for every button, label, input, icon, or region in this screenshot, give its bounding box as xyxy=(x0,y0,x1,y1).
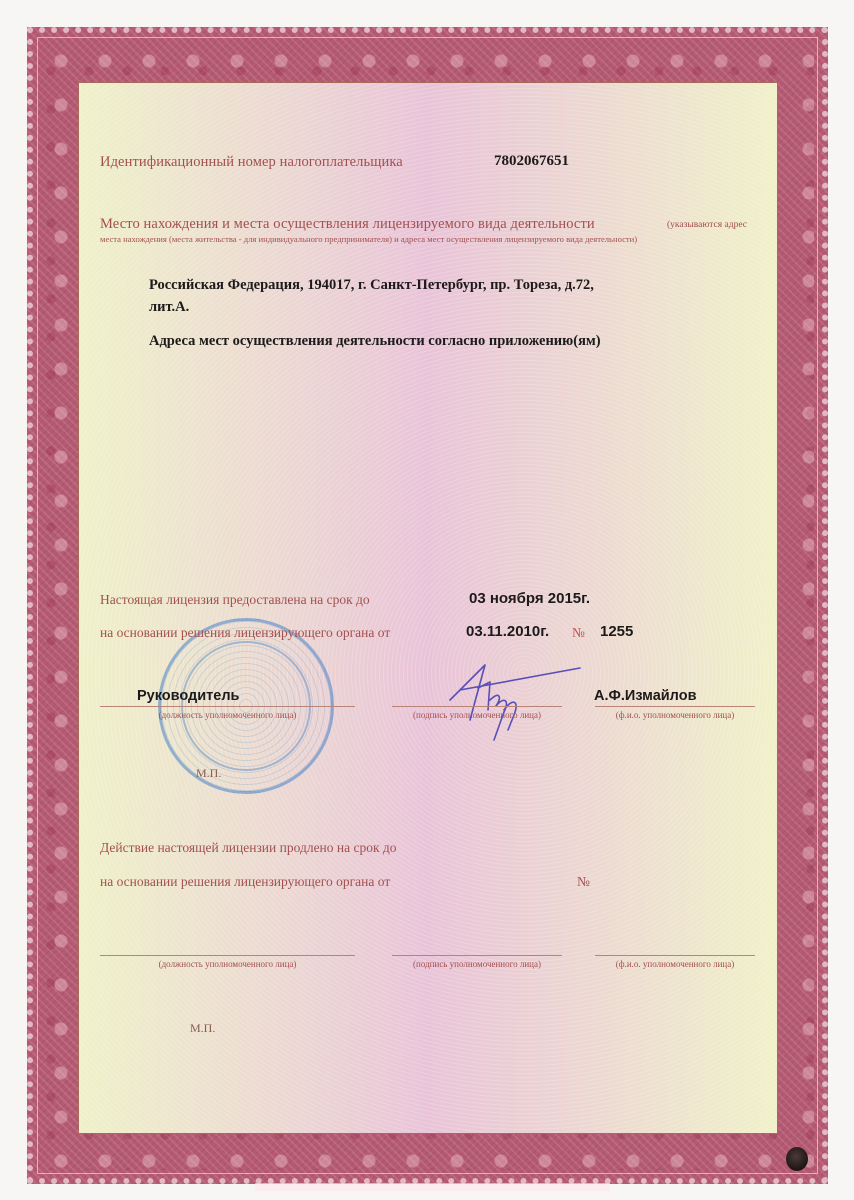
signature-line xyxy=(392,706,562,707)
position-caption: (должность уполномоченного лица) xyxy=(100,710,355,720)
extension-name-line xyxy=(595,955,755,956)
extension-position-line xyxy=(100,955,355,956)
seal-mark: М.П. xyxy=(196,766,221,781)
location-note-line2: места нахождения (места жительства - для… xyxy=(100,234,637,244)
address-line-1: Российская Федерация, 194017, г. Санкт-П… xyxy=(149,277,594,294)
signatory-position: Руководитель xyxy=(137,688,239,704)
validity-number-sign: № xyxy=(572,625,585,641)
location-label: Место нахождения и места осуществления л… xyxy=(100,216,595,233)
extension-position-caption: (должность уполномоченного лица) xyxy=(100,959,355,969)
handwritten-signature xyxy=(430,660,590,745)
validity-basis-date: 03.11.2010г. xyxy=(466,623,549,640)
name-line xyxy=(595,706,755,707)
name-caption: (ф.и.о. уполномоченного лица) xyxy=(595,710,755,720)
signatory-name: А.Ф.Измайлов xyxy=(594,688,696,704)
extension-name-caption: (ф.и.о. уполномоченного лица) xyxy=(595,959,755,969)
printer-imprint-line xyxy=(255,1183,610,1191)
validity-basis-number: 1255 xyxy=(600,623,633,640)
extension-signature-line xyxy=(392,955,562,956)
validity-term-label: Настоящая лицензия предоставлена на срок… xyxy=(100,592,370,608)
binding-hole xyxy=(786,1147,808,1171)
taxpayer-id-label: Идентификационный номер налогоплательщик… xyxy=(100,154,403,171)
extension-seal-mark: М.П. xyxy=(190,1021,215,1036)
activity-places-text: Адреса мест осуществления деятельности с… xyxy=(149,333,601,350)
validity-term-value: 03 ноября 2015г. xyxy=(469,590,590,607)
location-note-line1: (указываются адрес xyxy=(667,220,747,230)
validity-basis-label: на основании решения лицензирующего орга… xyxy=(100,625,390,641)
position-line xyxy=(100,706,355,707)
extension-signature-caption: (подпись уполномоченного лица) xyxy=(392,959,562,969)
extension-term-label: Действие настоящей лицензии продлено на … xyxy=(100,840,397,856)
extension-basis-label: на основании решения лицензирующего орга… xyxy=(100,874,390,890)
extension-number-sign: № xyxy=(577,874,590,890)
signature-caption: (подпись уполномоченного лица) xyxy=(392,710,562,720)
taxpayer-id-value: 7802067651 xyxy=(494,153,569,170)
address-line-2: лит.А. xyxy=(149,299,189,316)
